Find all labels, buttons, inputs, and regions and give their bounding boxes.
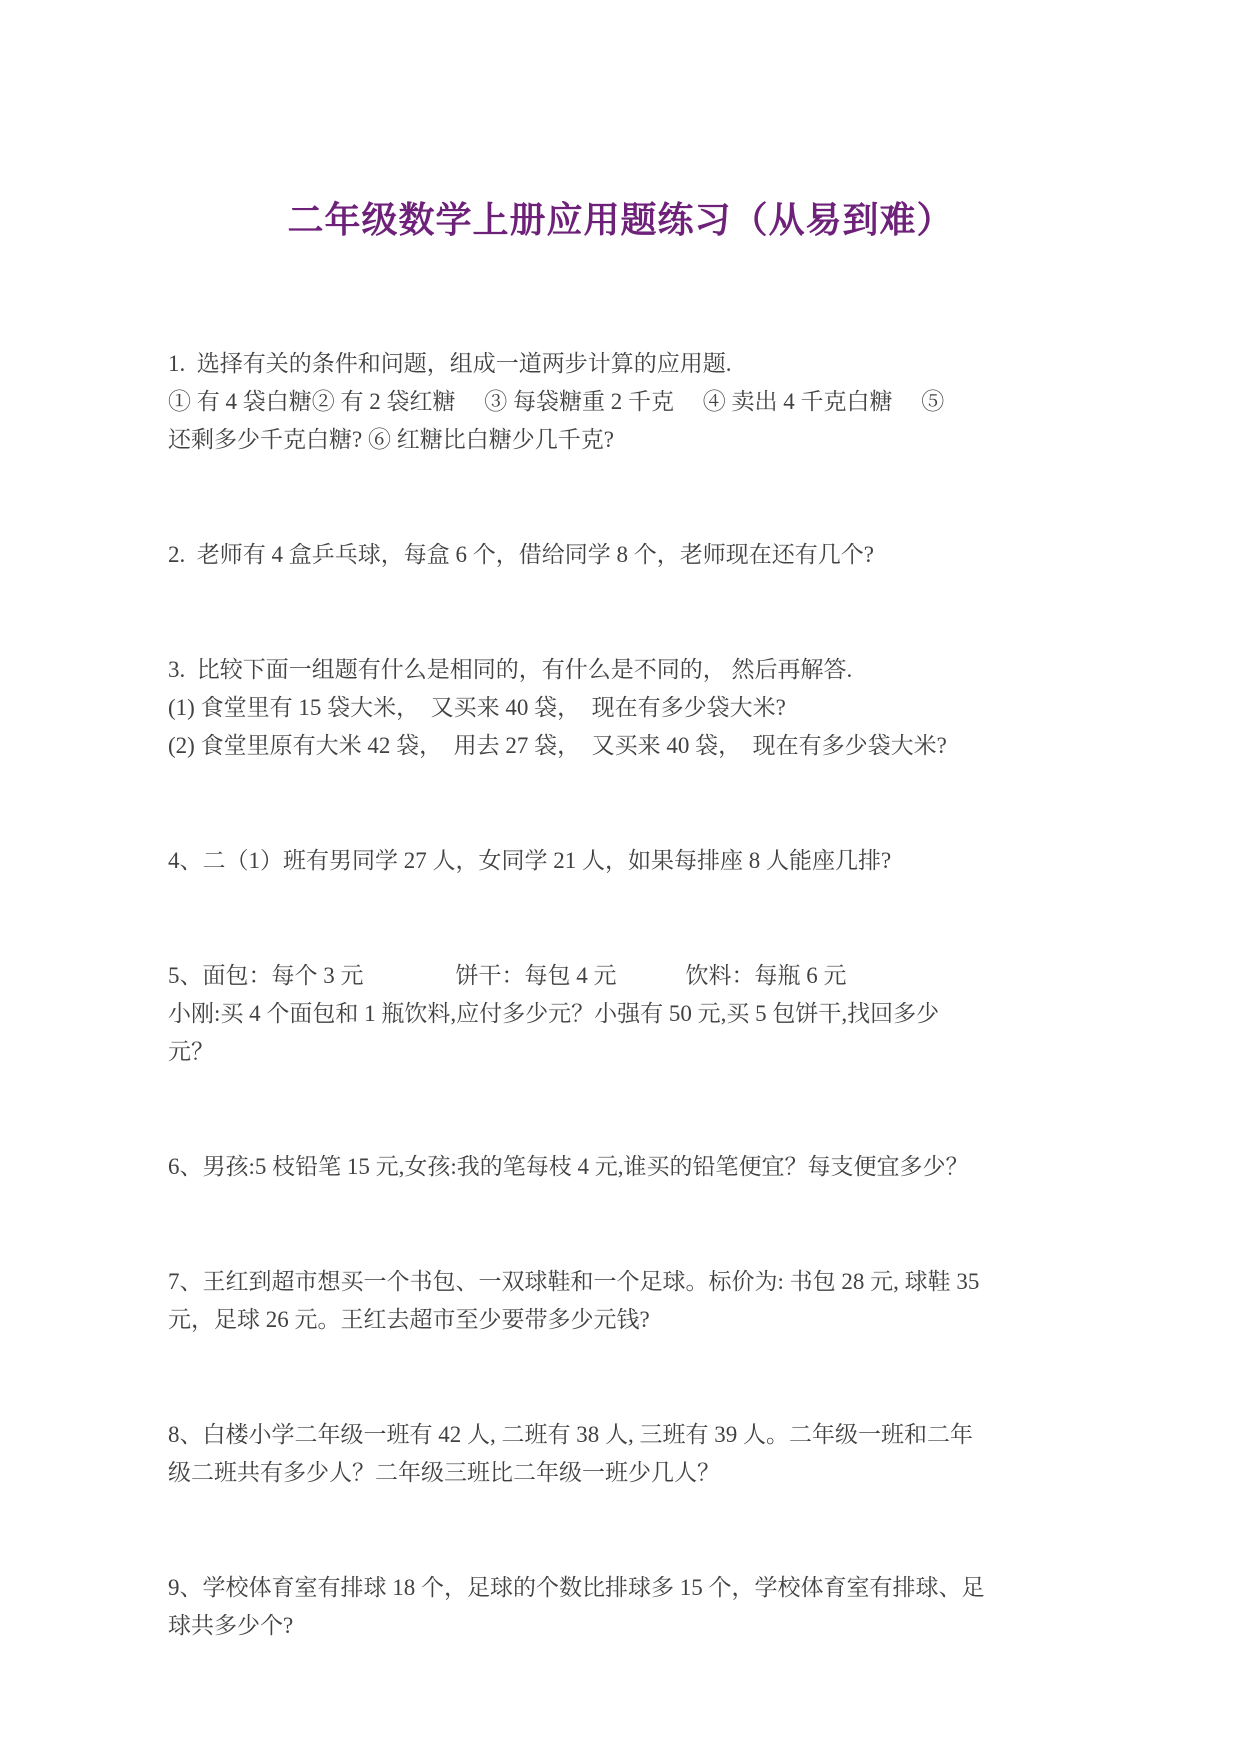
- question-9: 9、学校体育室有排球 18 个，足球的个数比排球多 15 个，学校体育室有排球、…: [168, 1569, 1075, 1645]
- question-4: 4、二（1）班有男同学 27 人，女同学 21 人，如果每排座 8 人能座几排?: [168, 842, 1075, 880]
- question-line: 小刚:买 4 个面包和 1 瓶饮料,应付多少元？小强有 50 元,买 5 包饼干…: [168, 995, 1075, 1033]
- question-2: 2. 老师有 4 盒乒乓球，每盒 6 个，借给同学 8 个，老师现在还有几个?: [168, 536, 1075, 574]
- question-6: 6、男孩:5 枝铅笔 15 元,女孩:我的笔每枝 4 元,谁买的铅笔便宜？每支便…: [168, 1148, 1075, 1186]
- question-line: (1) 食堂里有 15 袋大米， 又买来 40 袋， 现在有多少袋大米?: [168, 689, 1075, 727]
- question-5: 5、面包：每个 3 元 饼干：每包 4 元 饮料：每瓶 6 元 小刚:买 4 个…: [168, 957, 1075, 1071]
- question-line: 3. 比较下面一组题有什么是相同的，有什么是不同的， 然后再解答.: [168, 651, 1075, 689]
- question-line: 元，足球 26 元。王红去超市至少要带多少元钱?: [168, 1301, 1075, 1339]
- question-line: (2) 食堂里原有大米 42 袋， 用去 27 袋， 又买来 40 袋， 现在有…: [168, 727, 1075, 765]
- question-line: 还剩多少千克白糖? ⑥ 红糖比白糖少几千克?: [168, 421, 1075, 459]
- question-line: 1. 选择有关的条件和问题，组成一道两步计算的应用题.: [168, 345, 1075, 383]
- question-line: 8、白楼小学二年级一班有 42 人, 二班有 38 人, 三班有 39 人。二年…: [168, 1416, 1075, 1454]
- question-line: 6、男孩:5 枝铅笔 15 元,女孩:我的笔每枝 4 元,谁买的铅笔便宜？每支便…: [168, 1148, 1075, 1186]
- question-line: 9、学校体育室有排球 18 个，足球的个数比排球多 15 个，学校体育室有排球、…: [168, 1569, 1075, 1607]
- question-line: 球共多少个?: [168, 1607, 1075, 1645]
- question-line: 4、二（1）班有男同学 27 人，女同学 21 人，如果每排座 8 人能座几排?: [168, 842, 1075, 880]
- question-7: 7、王红到超市想买一个书包、一双球鞋和一个足球。标价为: 书包 28 元, 球鞋…: [168, 1263, 1075, 1339]
- worksheet-body: 1. 选择有关的条件和问题，组成一道两步计算的应用题. ① 有 4 袋白糖② 有…: [0, 267, 1241, 1645]
- question-line: 元？: [168, 1033, 1075, 1071]
- question-line: 2. 老师有 4 盒乒乓球，每盒 6 个，借给同学 8 个，老师现在还有几个?: [168, 536, 1075, 574]
- question-3: 3. 比较下面一组题有什么是相同的，有什么是不同的， 然后再解答. (1) 食堂…: [168, 651, 1075, 765]
- worksheet-header: 二年级数学上册应用题练习（从易到难）: [0, 0, 1241, 243]
- page-title: 二年级数学上册应用题练习（从易到难）: [0, 192, 1241, 243]
- question-1: 1. 选择有关的条件和问题，组成一道两步计算的应用题. ① 有 4 袋白糖② 有…: [168, 345, 1075, 459]
- question-line: 7、王红到超市想买一个书包、一双球鞋和一个足球。标价为: 书包 28 元, 球鞋…: [168, 1263, 1075, 1301]
- question-8: 8、白楼小学二年级一班有 42 人, 二班有 38 人, 三班有 39 人。二年…: [168, 1416, 1075, 1492]
- question-line: 5、面包：每个 3 元 饼干：每包 4 元 饮料：每瓶 6 元: [168, 957, 1075, 995]
- worksheet-page: 二年级数学上册应用题练习（从易到难） 1. 选择有关的条件和问题，组成一道两步计…: [0, 0, 1241, 1754]
- question-line: ① 有 4 袋白糖② 有 2 袋红糖 ③ 每袋糖重 2 千克 ④ 卖出 4 千克…: [168, 383, 1075, 421]
- question-line: 级二班共有多少人？二年级三班比二年级一班少几人？: [168, 1454, 1075, 1492]
